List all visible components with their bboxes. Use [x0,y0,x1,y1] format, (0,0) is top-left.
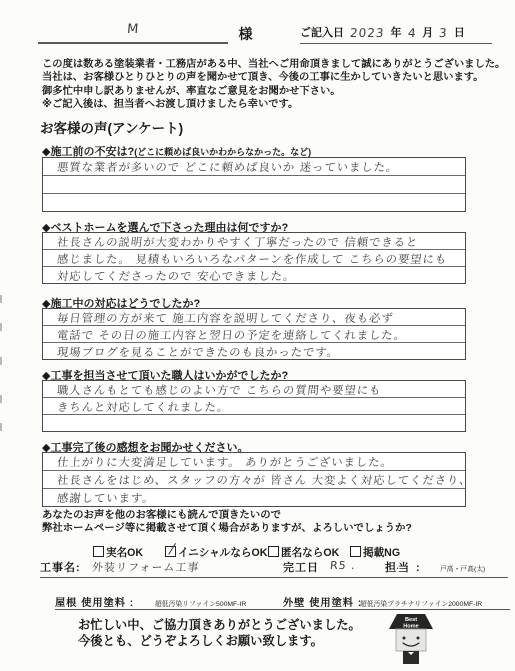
answer-row: 悪質な業者が多いので どこに頼めば良いか 迷っていました。 [43,158,465,175]
answer-row [43,175,465,193]
answer-box-5: 仕上がりに大変満足しています。 ありがとうございました。 社長さんをはじめ、スタ… [42,452,466,507]
work-name-label: 工事名: [40,562,81,574]
publish-request-line: あなたのお声を他のお客様にも読んで頂きたいので [42,510,412,523]
recipient-honorific: 様 [238,26,252,42]
closing-thanks: お忙しい中、ご協力頂きありがとうございました。 今後とも、どうぞよろしくお願い致… [78,617,361,649]
answer-row [43,193,465,211]
checkbox-icon [268,546,279,557]
answer-row: 毎日管理の方が来て 施工内容を説明してくださり、夜も必ず [43,309,465,325]
roof-paint-label: 屋根 使用塗料 : [55,594,134,609]
option-label: 掲載NG [363,547,400,559]
date-label: ご記入日 [300,24,344,40]
answer-row: 感じました。 見積もいろいろなパターンを作成して こちらの要望にも [43,249,465,266]
best-home-mascot-logo: Best Home [388,614,434,671]
intro-paragraph: この度は数ある塗装業者・工務店がある中、当社へご用命頂きまして誠にありがとうござ… [42,58,507,112]
date-month-value: 4 [407,26,417,40]
intro-line: 当社は、お客様ひとりひとりの声を聞かせて頂き、今後の工事に生かしていきたいと思い… [42,71,507,84]
date-day-unit: 日 [454,24,465,40]
intro-line: ※ご記入後は、担当者へお渡し頂けましたら幸いです。 [42,98,507,111]
house-mascot-icon: Best Home [388,614,434,666]
answer-row: 対応してくださったので 安心できました。 [43,266,465,283]
fill-date-row: ご記入日 2023 年 4 月 3 日 [300,20,492,44]
wall-paint-value: 超低汚染プラチナリファイン2000MF-IR [360,598,482,608]
answer-row: 社長さんをはじめ、スタッフの方々が 皆さん 大変よく対応してくださり、 [43,470,465,488]
option-no-publish: 掲載NG [350,545,400,560]
checkbox-checked-icon [165,546,176,557]
answer-box-3: 毎日管理の方が来て 施工内容を説明してくださり、夜も必ず 電話で その日の施工内… [42,308,466,360]
date-day-value: 3 [439,26,449,40]
svg-text:Home: Home [403,624,419,630]
answer-row: きちんと対応してくれました。 [43,397,465,414]
scan-edge-artifacts [0,295,3,435]
intro-line: この度は数ある塗装業者・工務店がある中、当社へご用命頂きまして誠にありがとうござ… [42,58,507,71]
publish-request-text: あなたのお声を他のお客様にも読んで頂きたいので 弊社ホームページ等に掲載させて頂… [42,510,412,536]
staff-value: 戸高・戸高(太) [440,563,485,573]
answer-row [43,414,465,431]
svg-text:Best: Best [405,617,417,623]
work-info-row: 工事名: 外装リフォーム工事 完工日 R5 . . 担当 : 戸高・戸高(太) [40,559,508,578]
date-month-unit: 月 [422,24,433,40]
option-label: イニシャルならOK [178,547,267,559]
recipient-row: M 様 [38,20,252,46]
answer-row: 感謝しています。 [43,488,465,506]
answer-row: 電話で その日の施工内容と翌日の予定を連絡してくれました。 [43,325,465,342]
answer-row: 職人さんもとても感じのよい方で こちらの質問や要望にも [43,381,465,397]
closing-line: 今後とも、どうぞよろしくお願い致します。 [78,633,361,649]
date-year-unit: 年 [391,24,402,40]
survey-scan-page: M 様 ご記入日 2023 年 4 月 3 日 この度は数ある塗装業者・工務店が… [0,0,515,671]
answer-row: 仕上がりに大変満足しています。 ありがとうございました。 [43,453,465,470]
answer-row: 社長さんの説明が大変わかりやすく丁寧だったので 信頼できると [43,233,465,249]
paint-info-row: 屋根 使用塗料 : 超低汚染リファイン500MF-IR 外壁 使用塗料 : 超低… [55,593,510,610]
intro-line: 御多忙中申し訳ありませんが、率直なご意見をお聞かせ下さい。 [42,85,507,98]
checkbox-icon [350,546,361,557]
recipient-name-field: M [38,20,228,44]
option-label: 実名OK [106,547,143,559]
wall-paint-label: 外壁 使用塗料 : [283,594,362,609]
answer-box-4: 職人さんもとても感じのよい方で こちらの質問や要望にも きちんと対応してくれまし… [42,380,466,432]
option-label: 匿名ならOK [281,547,339,559]
option-anonymous-ok: 匿名ならOK [268,545,339,560]
option-initial-ok: イニシャルならOK [165,545,267,560]
question-note-1: (どこに頼めば良いかわからなかった。など) [134,147,311,157]
staff-label: 担当 : [385,559,422,575]
recipient-name-value: M [126,22,140,37]
answer-box-1: 悪質な業者が多いので どこに頼めば良いか 迷っていました。 [42,157,466,212]
publish-request-line: 弊社ホームページ等に掲載させて頂く場合がありますが、よろしいでしょうか? [42,523,412,536]
roof-paint-value: 超低汚染リファイン500MF-IR [155,598,246,608]
work-name-value: 外装リフォーム工事 [91,559,200,575]
date-year-value: 2023 [349,26,385,40]
checkbox-icon [93,546,104,557]
completion-date-label: 完工日 [283,559,319,575]
page-title: お客様の声(アンケート) [40,117,183,137]
option-real-name: 実名OK [93,545,143,560]
answer-row: 現場ブログを見ることができたのも良かったです。 [43,342,465,359]
closing-line: お忙しい中、ご協力頂きありがとうございました。 [78,617,361,633]
answer-box-2: 社長さんの説明が大変わかりやすく丁寧だったので 信頼できると 感じました。 見積… [42,232,466,284]
